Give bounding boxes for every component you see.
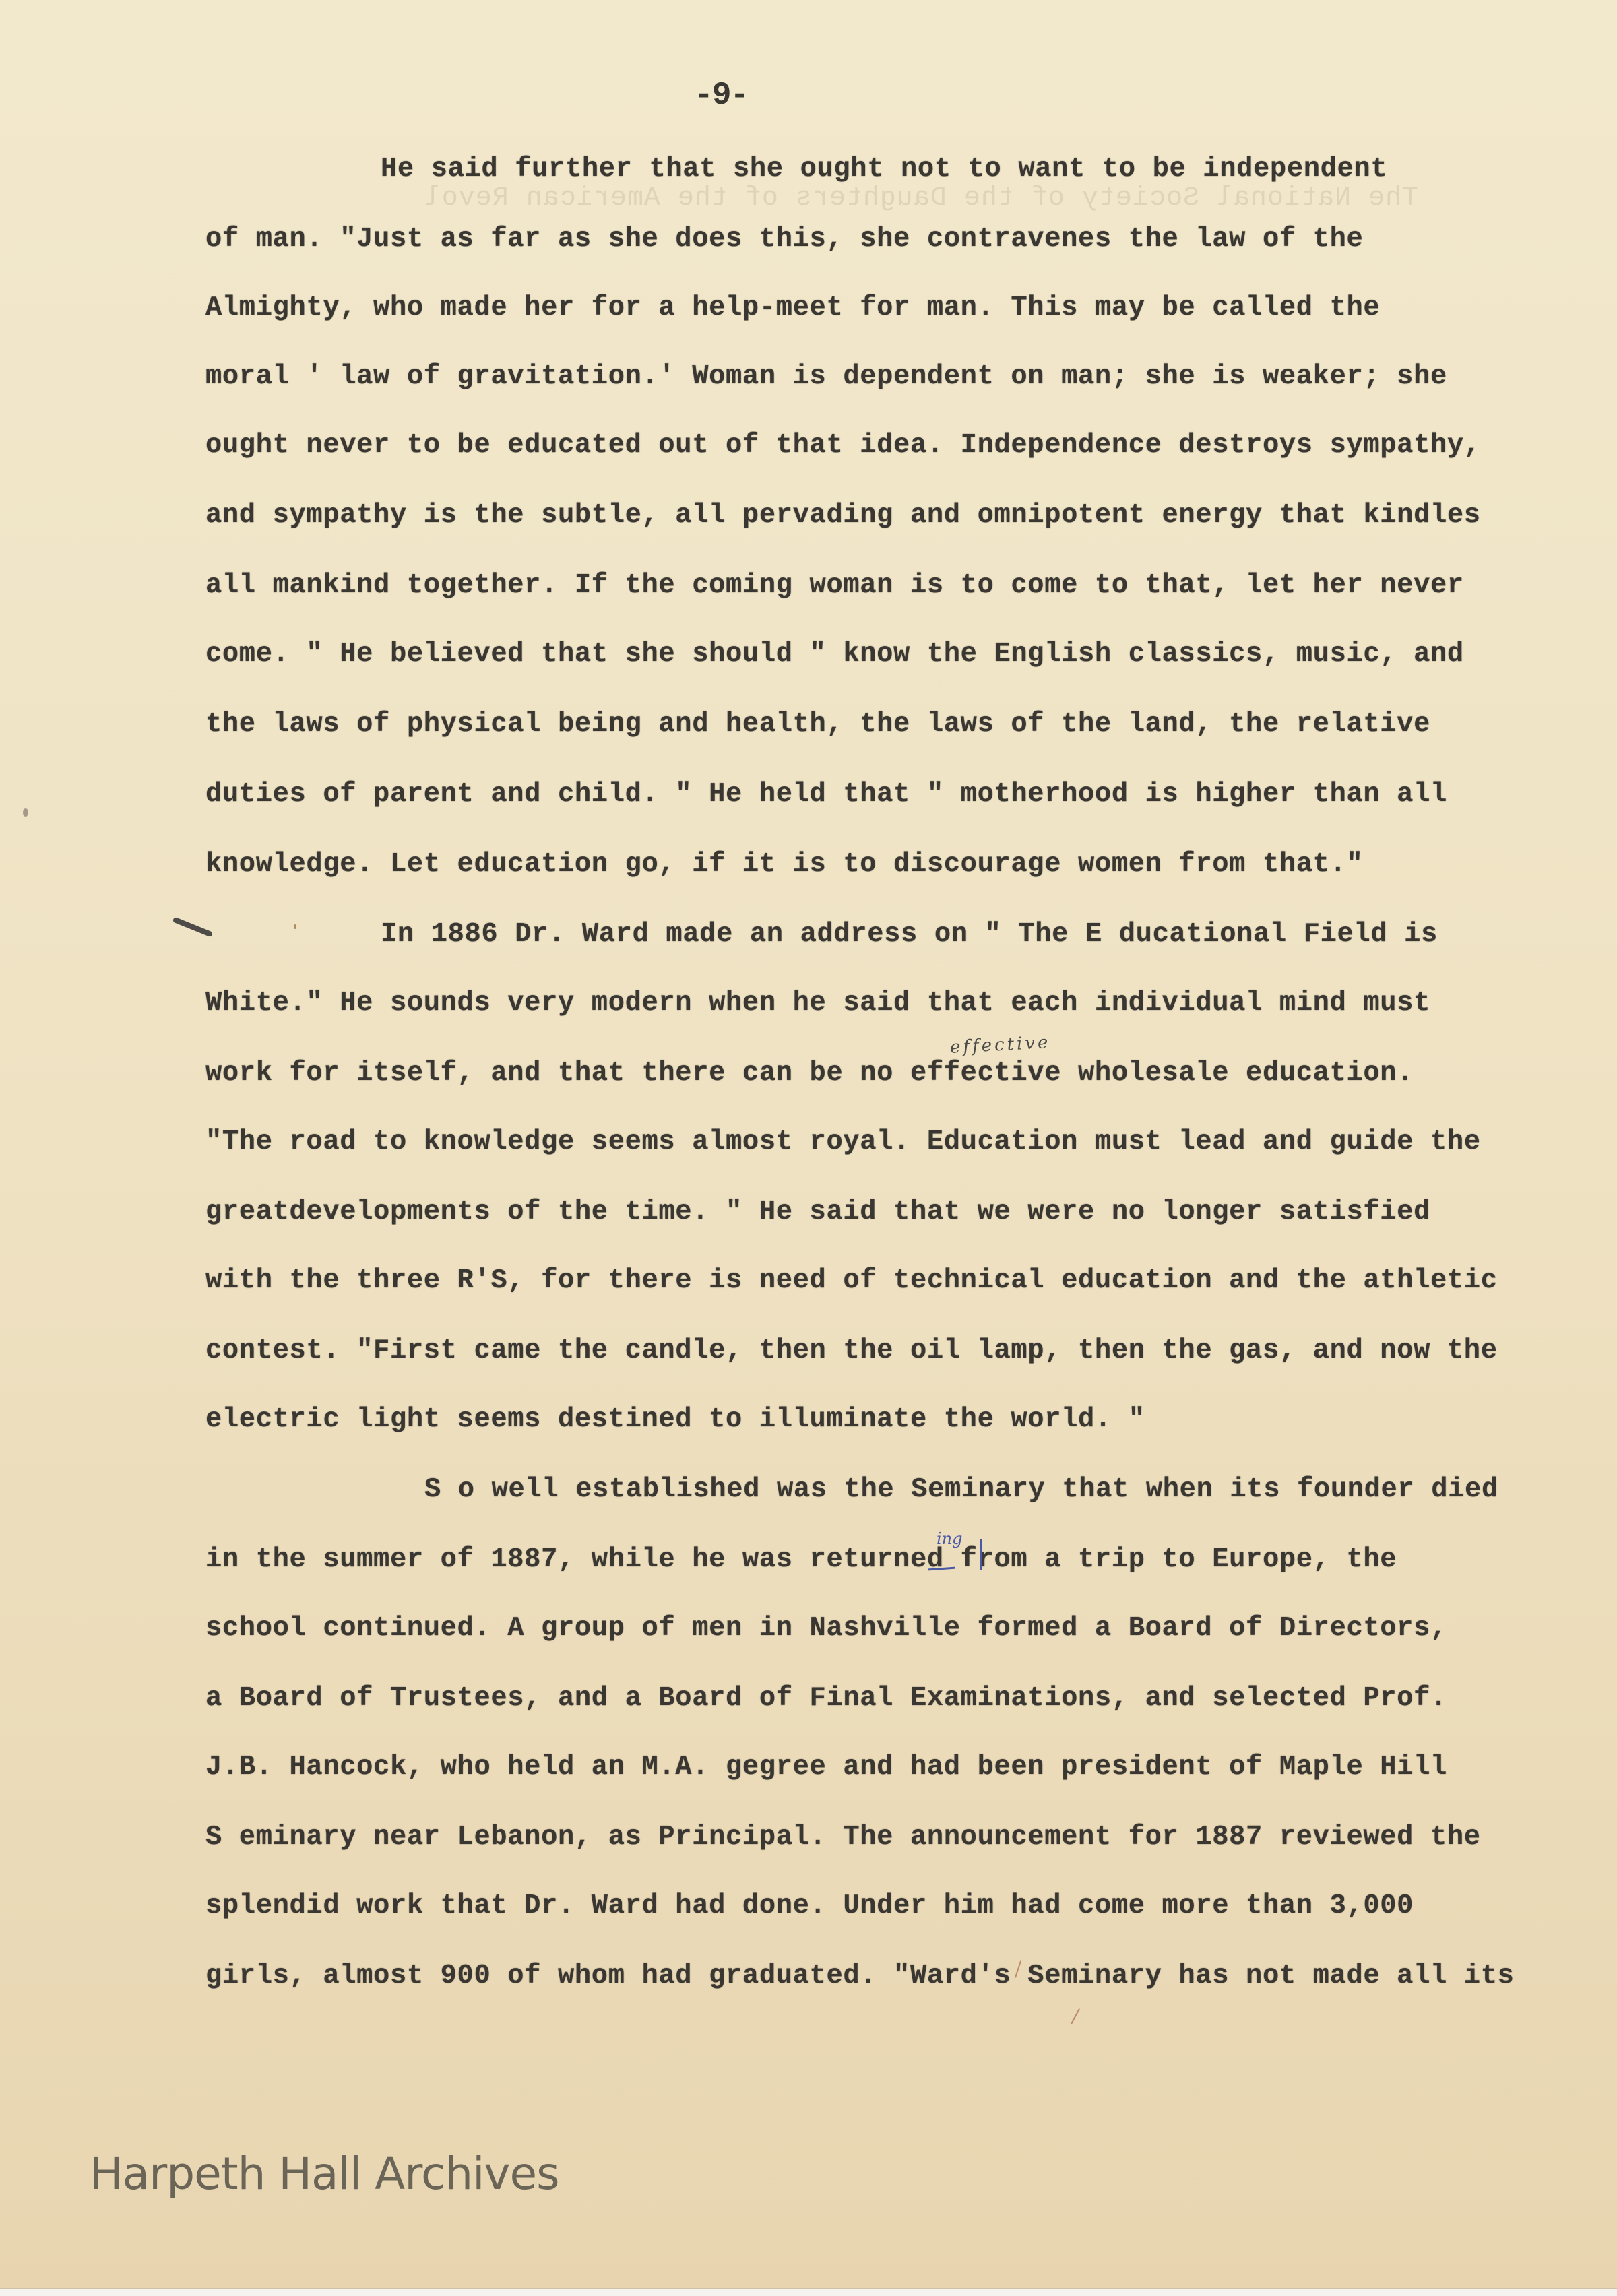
text-line: work for itself, and that there can be n… bbox=[205, 1058, 1414, 1089]
text-line: greatdevelopments of the time. " He said… bbox=[205, 1197, 1430, 1227]
text-line: in the summer of 1887, while he was retu… bbox=[205, 1544, 1397, 1575]
text-line: the laws of physical being and health, t… bbox=[205, 709, 1430, 740]
text-line: White." He sounds very modern when he sa… bbox=[205, 988, 1430, 1019]
text-line: S eminary near Lebanon, as Principal. Th… bbox=[205, 1822, 1481, 1853]
text-line: "The road to knowledge seems almost roya… bbox=[205, 1126, 1481, 1157]
page-number: -9- bbox=[694, 77, 748, 114]
insertion-caret-mark bbox=[980, 1539, 982, 1570]
paper-spot bbox=[23, 808, 28, 817]
text-line: He said further that she ought not to wa… bbox=[381, 154, 1387, 185]
handwritten-correction-effective: effective bbox=[949, 1032, 1051, 1058]
text-line: knowledge. Let education go, if it is to… bbox=[205, 849, 1363, 880]
text-line: all mankind together. If the coming woma… bbox=[205, 570, 1464, 601]
text-line: girls, almost 900 of whom had graduated.… bbox=[205, 1960, 1515, 1991]
paper-spot bbox=[294, 924, 296, 929]
text-line: of man. "Just as far as she does this, s… bbox=[205, 224, 1363, 255]
handwritten-correction-ing: ing bbox=[937, 1529, 963, 1548]
text-line: duties of parent and child. " He held th… bbox=[205, 779, 1447, 810]
pencil-mark bbox=[1071, 2008, 1080, 2024]
margin-pen-stroke bbox=[172, 917, 213, 938]
text-line: electric light seems destined to illumin… bbox=[205, 1404, 1145, 1435]
text-line: come. " He believed that she should " kn… bbox=[205, 639, 1464, 670]
text-line: a Board of Trustees, and a Board of Fina… bbox=[205, 1683, 1447, 1714]
text-line: school continued. A group of men in Nash… bbox=[205, 1613, 1447, 1644]
archive-watermark: Harpeth Hall Archives bbox=[90, 2148, 559, 2200]
text-line: J.B. Hancock, who held an M.A. gegree an… bbox=[205, 1752, 1447, 1783]
text-line: and sympathy is the subtle, all pervadin… bbox=[205, 500, 1481, 531]
text-line: Almighty, who made her for a help-meet f… bbox=[205, 292, 1380, 323]
text-line: splendid work that Dr. Ward had done. Un… bbox=[205, 1890, 1414, 1921]
text-line: contest. "First came the candle, then th… bbox=[205, 1335, 1498, 1366]
text-line: ought never to be educated out of that i… bbox=[205, 430, 1481, 461]
text-line: moral ' law of gravitation.' Woman is de… bbox=[205, 361, 1447, 392]
bleed-through-text: The National Society of the Daughters of… bbox=[138, 183, 1418, 214]
text-line: with the three R'S, for there is need of… bbox=[205, 1265, 1498, 1296]
text-line: In 1886 Dr. Ward made an address on " Th… bbox=[381, 919, 1438, 950]
text-line: S o well established was the Seminary th… bbox=[424, 1474, 1498, 1505]
paper-bottom-edge bbox=[0, 2288, 1617, 2296]
